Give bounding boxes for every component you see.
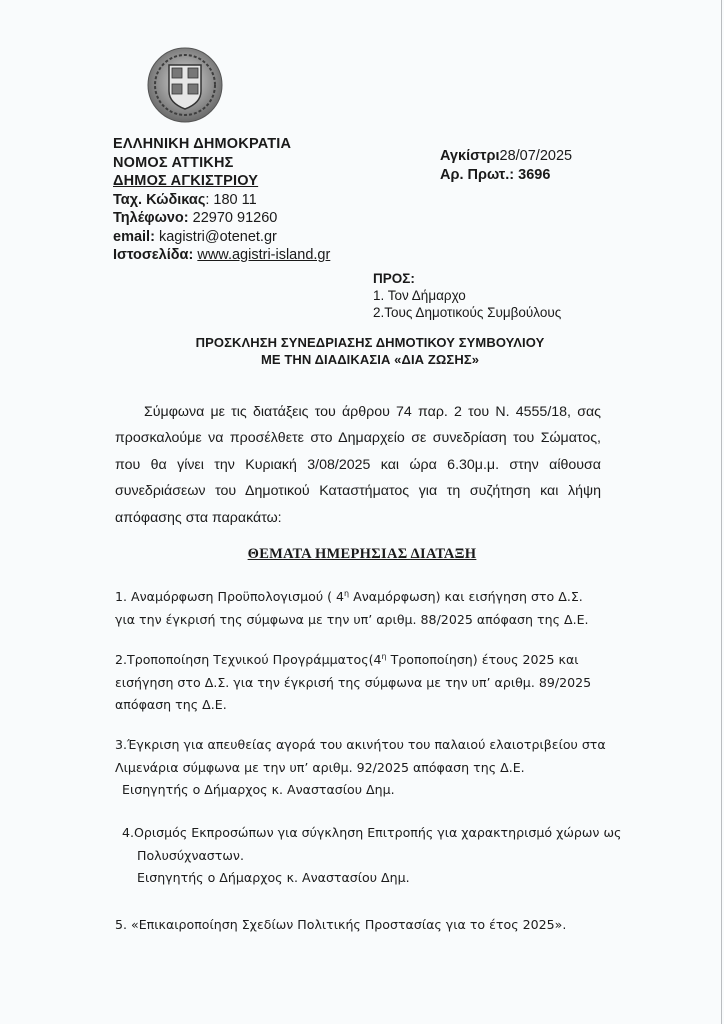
invitation-paragraph: Σύμφωνα με τις διατάξεις του άρθρου 74 π…	[115, 399, 601, 531]
phone-value: 22970 91260	[189, 210, 278, 226]
email-label: email:	[113, 229, 155, 245]
place-date-line: Αγκίστρι28/07/2025	[440, 147, 572, 166]
recipients-label: ΠΡΟΣ:	[373, 270, 561, 287]
agenda-item-text: απόφαση της Δ.Ε.	[115, 694, 615, 717]
agenda-title: ΘΕΜΑΤΑ ΗΜΕΡΗΣΙΑΣ ΔΙΑΤΑΞΗ	[0, 546, 724, 563]
recipients-block: ΠΡΟΣ: 1. Τον Δήμαρχο 2.Τους Δημοτικούς Σ…	[373, 270, 561, 321]
municipality-name: ΔΗΜΟΣ ΑΓΚΙΣΤΡΙΟΥ	[113, 172, 330, 191]
document-title: ΠΡΟΣΚΛΗΣΗ ΣΥΝΕΔΡΙΑΣΗΣ ΔΗΜΟΤΙΚΟΥ ΣΥΜΒΟΥΛΙ…	[0, 334, 724, 368]
website-line: Ιστοσελίδα: www.agistri-island.gr	[113, 246, 330, 265]
website-link[interactable]: www.agistri-island.gr	[197, 247, 330, 263]
recipient-item: 1. Τον Δήμαρχο	[373, 287, 561, 304]
postal-code-value: : 180 11	[205, 192, 256, 208]
agenda-item-2: 2.Τροποποίηση Τεχνικού Προγράμματος(4η Τ…	[115, 646, 615, 717]
title-line-1: ΠΡΟΣΚΛΗΣΗ ΣΥΝΕΔΡΙΑΣΗΣ ΔΗΜΟΤΙΚΟΥ ΣΥΜΒΟΥΛΙ…	[0, 334, 724, 351]
agenda-item-text: 1. Αναμόρφωση Προϋπολογισμού ( 4	[115, 589, 344, 604]
greek-coat-of-arms-icon	[145, 45, 225, 125]
prefecture-name: ΝΟΜΟΣ ΑΤΤΙΚΗΣ	[113, 154, 330, 173]
title-line-2: ΜΕ ΤΗΝ ΔΙΑΔΙΚΑΣΙΑ «ΔΙΑ ΖΩΣΗΣ»	[0, 351, 724, 368]
place-label: Αγκίστρι	[440, 148, 500, 164]
agenda-item-1: 1. Αναμόρφωση Προϋπολογισμού ( 4η Αναμόρ…	[115, 583, 615, 631]
protocol-number: 3696	[518, 167, 550, 183]
agenda-item-3: 3.Έγκριση για απευθείας αγορά του ακινήτ…	[115, 734, 615, 802]
agenda-item-5: 5. «Επικαιροποίηση Σχεδίων Πολιτικής Προ…	[115, 914, 615, 937]
agenda-item-text: Τροποποίηση) έτους 2025 και	[387, 652, 579, 667]
agenda-item-rapporteur: Εισηγητής ο Δήμαρχος κ. Αναστασίου Δημ.	[115, 867, 615, 890]
country-name: ΕΛΛΗΝΙΚΗ ΔΗΜΟΚΡΑΤΙΑ	[113, 135, 330, 154]
date-protocol-block: Αγκίστρι28/07/2025 Αρ. Πρωτ.: 3696	[440, 147, 572, 185]
agenda-item-text: 5. «Επικαιροποίηση Σχεδίων Πολιτικής Προ…	[115, 914, 615, 937]
sender-block: ΕΛΛΗΝΙΚΗ ΔΗΜΟΚΡΑΤΙΑ ΝΟΜΟΣ ΑΤΤΙΚΗΣ ΔΗΜΟΣ …	[113, 135, 330, 265]
postal-code-line: Ταχ. Κώδικας: 180 11	[113, 191, 330, 210]
agenda-item-text: Αναμόρφωση) και εισήγηση στο Δ.Σ.	[349, 589, 583, 604]
agenda-item-4: 4.Ορισμός Εκπροσώπων για σύγκληση Επιτρο…	[115, 822, 615, 890]
phone-label: Τηλέφωνο:	[113, 210, 189, 226]
page-edge	[721, 0, 722, 1024]
website-label: Ιστοσελίδα:	[113, 247, 193, 263]
agenda-item-text: 4.Ορισμός Εκπροσώπων για σύγκληση Επιτρο…	[115, 822, 615, 845]
agenda-item-text: για την έγκρισή της σύμφωνα με την υπ’ α…	[115, 609, 615, 632]
email-value: kagistri@otenet.gr	[155, 229, 277, 245]
agenda-item-text: Λιμενάρια σύμφωνα με την υπ’ αριθμ. 92/2…	[115, 757, 615, 780]
protocol-line: Αρ. Πρωτ.: 3696	[440, 166, 572, 185]
agenda-item-text: Πολυσύχναστων.	[115, 845, 615, 868]
postal-code-label: Ταχ. Κώδικας	[113, 192, 205, 208]
document-date: 28/07/2025	[500, 148, 573, 164]
agenda-item-rapporteur: Εισηγητής ο Δήμαρχος κ. Αναστασίου Δημ.	[115, 779, 615, 802]
recipient-item: 2.Τους Δημοτικούς Συμβούλους	[373, 304, 561, 321]
agenda-item-text: 2.Τροποποίηση Τεχνικού Προγράμματος(4	[115, 652, 382, 667]
phone-line: Τηλέφωνο: 22970 91260	[113, 209, 330, 228]
agenda-item-text: 3.Έγκριση για απευθείας αγορά του ακινήτ…	[115, 734, 615, 757]
email-line: email: kagistri@otenet.gr	[113, 228, 330, 247]
agenda-item-text: εισήγηση στο Δ.Σ. για την έγκρισή της σύ…	[115, 672, 615, 695]
protocol-label: Αρ. Πρωτ.:	[440, 167, 518, 183]
